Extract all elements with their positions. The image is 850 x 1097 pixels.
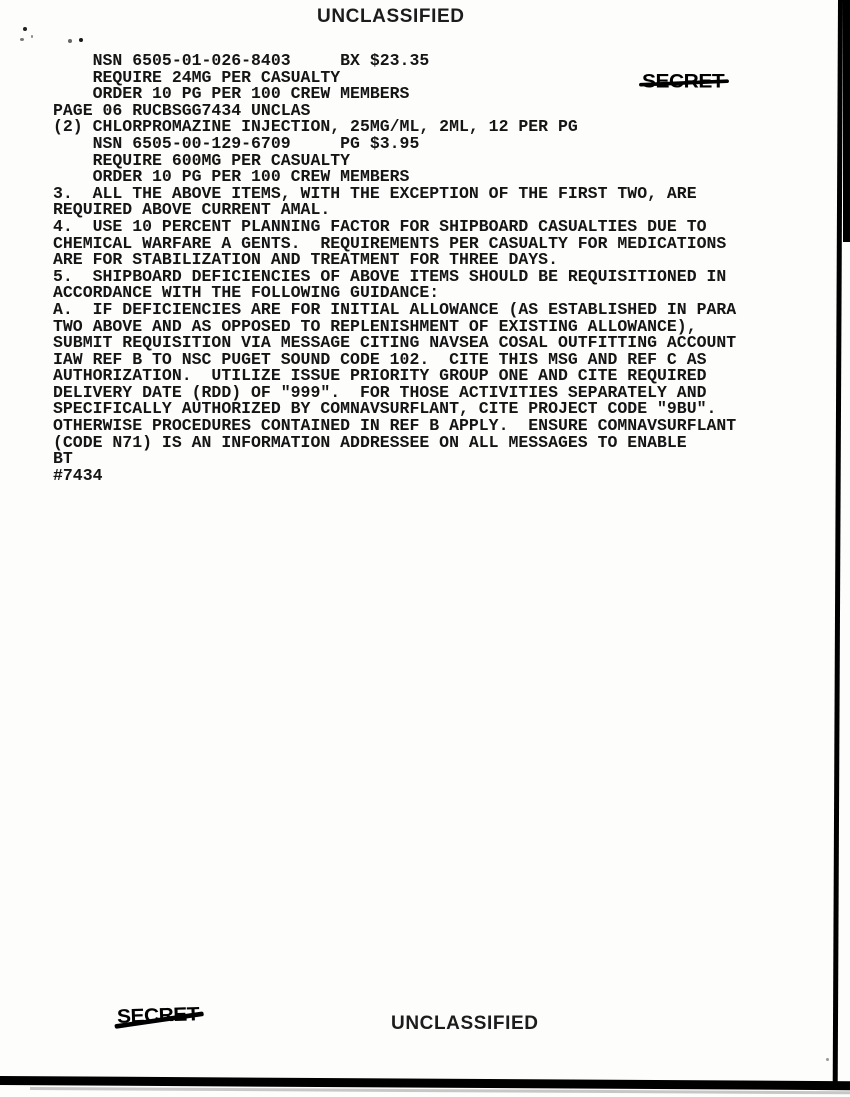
scan-speck xyxy=(20,38,24,41)
scan-speck xyxy=(826,1058,829,1061)
message-text: NSN 6505-01-026-8403 BX $23.35 REQUIRE 2… xyxy=(53,53,736,484)
header-classification-label: UNCLASSIFIED xyxy=(317,6,465,28)
page-edge-scan-line xyxy=(833,0,843,1082)
document-page: UNCLASSIFIED SECRET NSN 6505-01-026-8403… xyxy=(0,0,850,1097)
page-edge-scan-line-top xyxy=(843,0,850,242)
scan-speck xyxy=(79,38,83,42)
scan-speck xyxy=(31,35,33,38)
footer-classification-label: UNCLASSIFIED xyxy=(391,1013,539,1035)
secret-stamp-bottom: SECRET xyxy=(117,1004,200,1029)
scan-speck xyxy=(68,39,72,43)
scan-speck xyxy=(23,27,27,31)
